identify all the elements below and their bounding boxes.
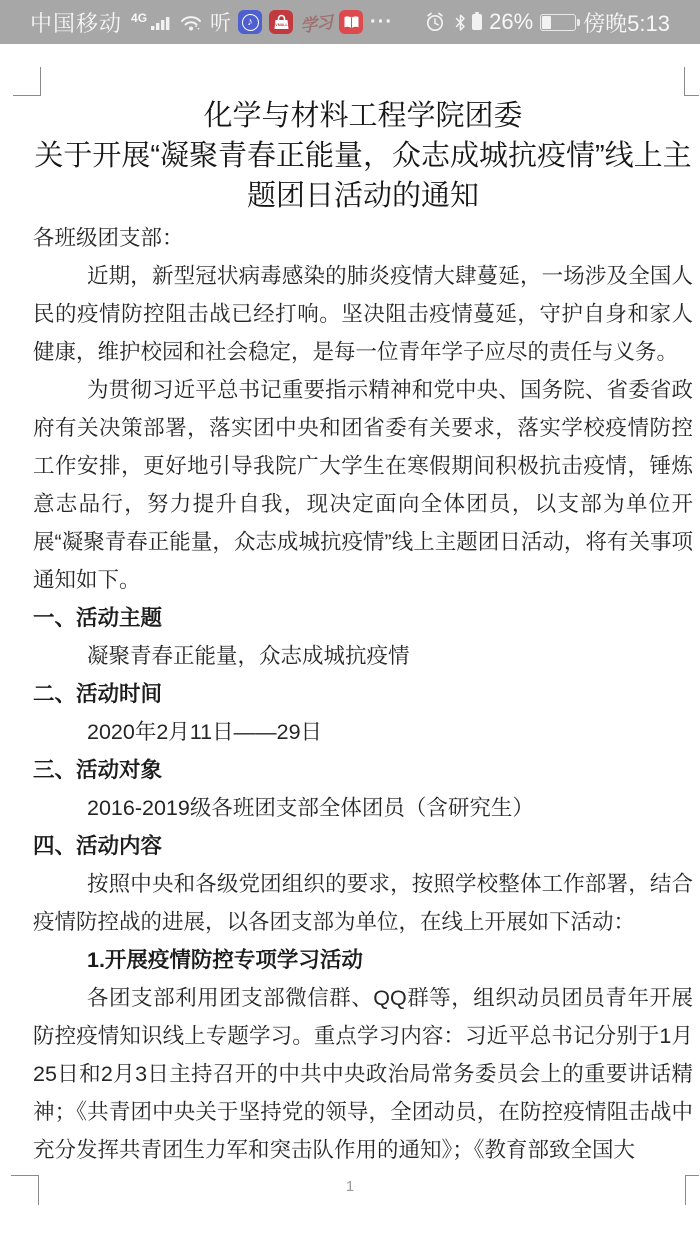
document-content: 化学与材料工程学院团委 关于开展“凝聚青春正能量，众志成城抗疫情”线上主题团日活… <box>33 44 693 1169</box>
more-notifications-icon: ··· <box>370 11 393 34</box>
section-content-theme: 凝聚青春正能量，众志成城抗疫情 <box>33 637 693 675</box>
paragraph-activity-overview: 按照中央和各级党团组织的要求，按照学校整体工作部署，结合疫情防控战的进展，以各团… <box>33 865 693 941</box>
wifi-icon <box>179 13 203 32</box>
device-battery-icon <box>472 14 482 30</box>
vmall-app-icon: VMALL <box>269 10 293 34</box>
status-bar-right: 26% 傍晚5:13 <box>424 7 670 38</box>
phone-battery-icon <box>540 14 576 31</box>
carrier-label: 中国移动 <box>30 7 122 38</box>
section-heading-content: 四、活动内容 <box>33 827 693 865</box>
signal-bars-icon <box>150 14 172 31</box>
section-content-time: 2020年2月11日——29日 <box>33 713 693 751</box>
battery-percent-label: 26% <box>489 9 533 35</box>
paragraph-policy-basis: 为贯彻习近平总书记重要指示精神和党中央、国务院、省委省政府有关决策部署，落实团中… <box>33 371 693 599</box>
document-title: 化学与材料工程学院团委 关于开展“凝聚青春正能量，众志成城抗疫情”线上主题团日活… <box>33 96 693 216</box>
document-page[interactable]: 化学与材料工程学院团委 关于开展“凝聚青春正能量，众志成城抗疫情”线上主题团日活… <box>0 44 700 1244</box>
reader-app-icon <box>339 10 363 34</box>
section-content-target: 2016-2019级各班团支部全体团员（含研究生） <box>33 789 693 827</box>
paragraph-epidemic-intro: 近期，新型冠状病毒感染的肺炎疫情大肆蔓延，一场涉及全国人民的疫情防控阻击战已经打… <box>33 257 693 371</box>
subsection-heading-study: 1.开展疫情防控专项学习活动 <box>33 941 693 979</box>
title-line-subject: 关于开展“凝聚青春正能量，众志成城抗疫情”线上主题团日活动的通知 <box>33 136 693 216</box>
phone-screen: 中国移动 4G 听 <box>0 0 700 1244</box>
section-heading-time: 二、活动时间 <box>33 675 693 713</box>
music-app-icon: ♪ <box>238 10 262 34</box>
paragraph-study-details: 各团支部利用团支部微信群、QQ群等，组织动员团员青年开展防控疫情知识线上专题学习… <box>33 979 693 1169</box>
salutation-line: 各班级团支部： <box>33 219 693 257</box>
status-bar-left: 中国移动 4G 听 <box>30 7 393 38</box>
svg-text:VMALL: VMALL <box>275 23 288 27</box>
xuexi-app-icon: 学习 <box>298 7 333 36</box>
page-number: 1 <box>0 1178 700 1195</box>
section-heading-target: 三、活动对象 <box>33 751 693 789</box>
status-time-label: 傍晚5:13 <box>583 7 670 38</box>
bluetooth-icon <box>453 13 468 32</box>
ting-app-icon: 听 <box>210 7 231 37</box>
alarm-clock-icon <box>424 11 446 33</box>
title-line-org: 化学与材料工程学院团委 <box>33 96 693 136</box>
network-type-label: 4G <box>131 11 147 25</box>
status-bar: 中国移动 4G 听 <box>0 0 700 44</box>
section-heading-theme: 一、活动主题 <box>33 599 693 637</box>
